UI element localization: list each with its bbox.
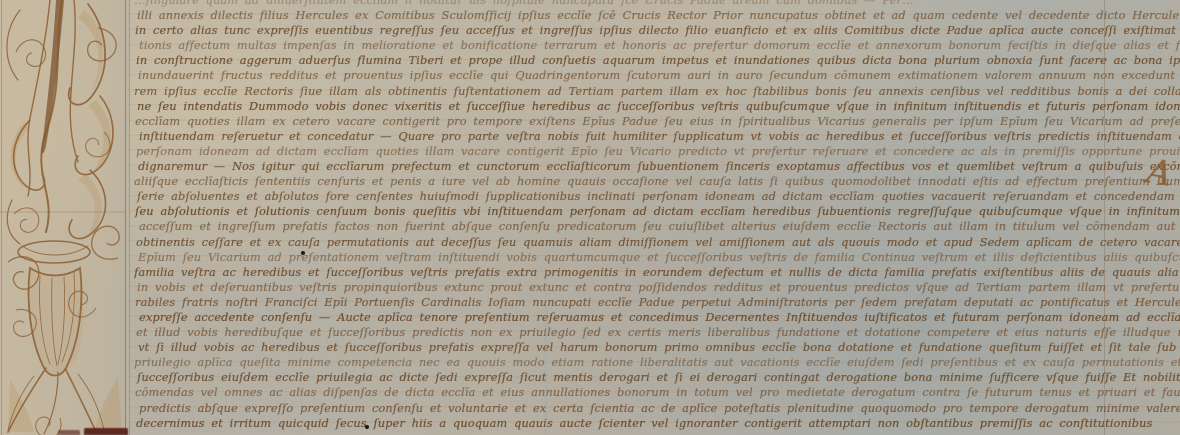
manuscript-line: inundauerint fructus redditus et prouent… <box>134 68 1180 83</box>
manuscript-line: in vobis et deſeruantibus veſtris propin… <box>134 280 1180 295</box>
manuscript-line: in certo alias tunc expreſſis euentibus … <box>134 23 1180 38</box>
acanthus-border-illustration <box>0 0 130 435</box>
manuscript-line: ſucceſſoribus eiuſdem ecclīe priuilegia … <box>134 370 1180 385</box>
manuscript-page: …ſingulare quam ad uniuerſitatem ecclīam… <box>0 0 1180 435</box>
manuscript-line: cōmendas vel omnes ac alias diſpenſas de… <box>134 385 1180 400</box>
manuscript-line: rabiles fratris noſtri Franciſci Epīi Po… <box>134 295 1180 310</box>
manuscript-line: predictis abſque expreſſo preſentium con… <box>134 401 1180 416</box>
manuscript-line: expreſſe accedente conſenſu — Aucte aplī… <box>134 310 1180 325</box>
manuscript-line: ſeu abſolutionis et ſolutionis cenſuum b… <box>134 204 1180 219</box>
bottom-edge-maroon-strip <box>84 428 128 435</box>
manuscript-line: dignaremur — Nos igitur qui ecclīarum pr… <box>134 159 1180 174</box>
manuscript-line: ecclīam quoties illam ex cetero vacare c… <box>134 114 1180 129</box>
manuscript-line: aliiſque ecclīaſticis ſententiis cenſuri… <box>134 174 1180 189</box>
ink-speck <box>301 251 305 255</box>
manuscript-line: acceſſum et ingreſſum prefatis factos no… <box>134 219 1180 234</box>
manuscript-line: illi annexis dilectis filius Hercules ex… <box>134 8 1180 23</box>
manuscript-line: Epīum ſeu Vicarium ad preſentationem veſ… <box>134 250 1180 265</box>
manuscript-line: et illud vobis heredibuſque et ſucceſſor… <box>134 325 1180 340</box>
manuscript-line: vt ſi illud vobis ac heredibus et ſucceſ… <box>134 340 1180 355</box>
marginal-letter-a: A <box>1144 154 1174 191</box>
text-block: …ſingulare quam ad uniuerſitatem ecclīam… <box>134 0 1180 431</box>
manuscript-line: ſerie abſoluentes et abſolutos fore cenſ… <box>134 189 1180 204</box>
manuscript-line: …ſingulare quam ad uniuerſitatem ecclīam… <box>134 0 1180 8</box>
manuscript-line: familia veſtra ac heredibus et ſucceſſor… <box>134 265 1180 280</box>
manuscript-line: tionis affectum multas impenſas in melio… <box>134 38 1180 53</box>
manuscript-line: decernimus et irritum quicquid ſecus ſup… <box>134 416 1180 431</box>
bottom-edge-maroon-strip <box>58 430 80 435</box>
manuscript-line: priuilegio aplīca queſita minime compete… <box>134 355 1180 370</box>
manuscript-line: rem ipſius ecclīe Rectoris ſiue illam al… <box>134 84 1180 99</box>
manuscript-line: in conſtructione aggerum aduerſus flumin… <box>134 53 1180 68</box>
ink-speck <box>365 425 369 429</box>
manuscript-line: ne ſeu intendatis Dummodo vobis donec vi… <box>134 99 1180 114</box>
manuscript-line: perſonam idoneam ad dictam ecclīam quoti… <box>134 144 1180 159</box>
manuscript-line: inſtituendam reſeruetur et concedatur — … <box>134 129 1180 144</box>
manuscript-line: obtinentis ceſſare et ex cauſa permutati… <box>134 235 1180 250</box>
